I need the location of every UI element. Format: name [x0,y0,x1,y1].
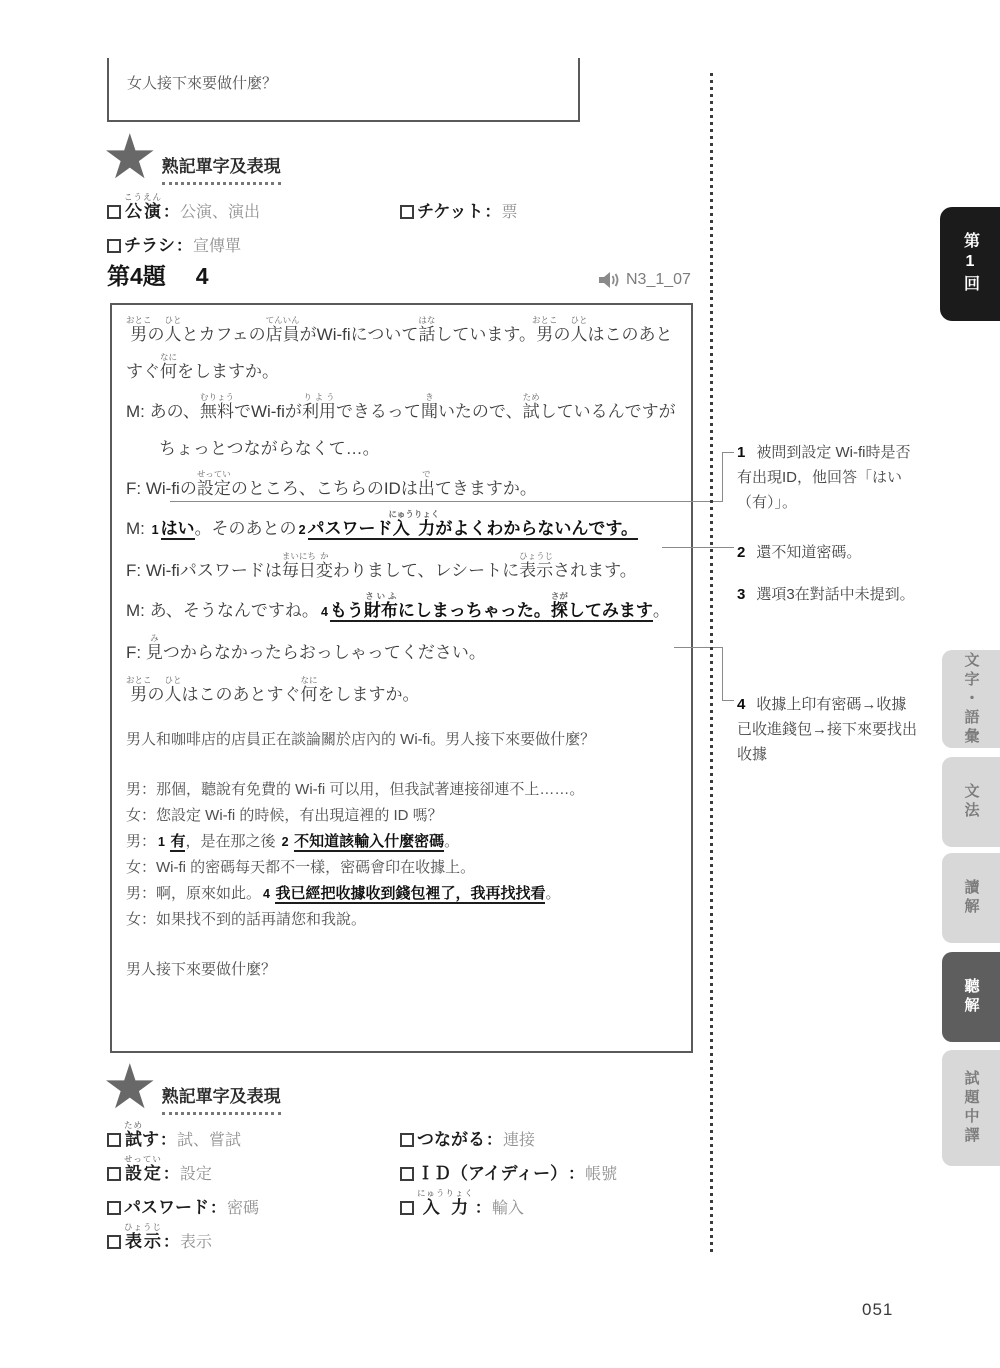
vocab-meaning: 宣傳單 [193,233,241,256]
ruby-word: 何なに [301,685,318,704]
checkbox-icon [400,1201,414,1215]
margin-note-3: 3選項3在對話中未提到。 [737,582,919,607]
vocab-column: 公演こうえん：公演、演出チラシ：宣傳單 [107,188,260,256]
dialogue-line-jp-speaker: F: Wi-fiパスワードは毎日まいにち変かわりまして、レシートに表示ひょうじさ… [126,551,679,589]
ruby-word: 男おとこ [126,685,148,704]
star-icon: ★ [102,1062,158,1114]
note-text: 收據上印有密碼→收據已收進錢包→接下來要找出收據 [737,696,917,763]
ruby-word: 公演こうえん [124,202,162,221]
text-segment: F: [126,561,146,580]
note-text: 還不知道密碼。 [756,544,861,561]
question-number: 第4題 [107,263,166,289]
text-segment: をしますか。 [318,685,420,704]
ruby-word: 変か [316,561,333,580]
separator-colon: ： [484,199,500,222]
text-segment: M: [126,402,150,421]
text-segment: のところ、こちらのIDは [231,479,418,498]
vocab-word: 公演こうえん [124,192,162,222]
continuation-question-box: 女人接下來要做什麼？ [107,58,580,122]
note-text: 被問到設定 Wi-fi時是否有出現ID，他回答「はい（有）」。 [737,444,911,511]
text-segment: の [148,685,165,704]
vocab-meaning: 設定 [180,1161,212,1184]
ruby-word: 何なに [160,362,177,381]
text-segment: がよくわからないんです。 [435,519,638,540]
margin-note-1: 1被問到設定 Wi-fi時是否有出現ID，他回答「はい（有）」。 [737,440,919,515]
vocab-meaning: 輸入 [492,1195,524,1218]
vocab-word: 入力にゅうりょく [417,1188,474,1218]
dotted-separator-line [710,73,713,1253]
ruby-word: 出で [418,479,435,498]
dialogue-line-jp-speaker: M: あ、そうなんですね。4もう財布さいふにしまっちゃった。探さがしてみます。 [126,591,679,631]
vocab-item: 試ためす：試、嘗試 [107,1116,259,1150]
audio-block: N3_1_07 [598,270,691,290]
textbook-page: 女人接下來要做什麼？ ★ 熟記單字及表現 公演こうえん：公演、演出チラシ：宣傳單… [0,0,1000,1368]
dialogue-box: 男おとこの人ひととカフェの店員てんいんがWi-fiについて話はなしています。男お… [110,303,693,1053]
text-segment: 1 [150,523,161,537]
sidebar-tab-5: 試題中譯 [942,1050,1000,1166]
text-segment: 我已經把收據收到錢包裡了，我再找找看 [275,885,545,904]
connector-line [674,647,722,648]
text-segment: てきますか。 [435,479,537,498]
checkbox-icon [400,1167,414,1181]
dialogue-line-jp-question: 男おとこの人ひとはこのあとすぐ何なにをしますか。 [126,675,679,713]
margin-note-4: 4收據上印有密碼→收據已收進錢包→接下來要找出收據 [737,692,919,767]
vocab-word: 設定せってい [124,1154,162,1184]
vocab-word: チケット [417,202,483,222]
text-segment: チケット [417,202,483,221]
note-number: 1 [737,444,745,461]
vocab-meaning: 表示 [180,1229,212,1252]
checkbox-icon [107,1235,121,1249]
ruby-word: 試ため [523,402,540,421]
vocab-word: ＩＤ（アイディー） [417,1164,567,1184]
text-segment: F: [126,479,146,498]
separator-colon: ： [210,1195,226,1218]
question-header: 第4題4 [107,258,209,291]
text-segment: してみます [568,601,653,622]
text-segment: をしますか。 [177,362,279,381]
text-segment: 男人和咖啡店的店員正在談論關於店內的 Wi-fi。男人接下來要做什麼？ [126,731,595,748]
text-segment: 4 [319,605,330,619]
star-icon: ★ [102,132,158,184]
vocab-item: 表示ひょうじ：表示 [107,1218,259,1252]
dialogue-line-zh-line: 男：啊，原來如此。4 我已經把收據收到錢包裡了，我再找找看。 [126,881,679,907]
text-segment: す [142,1130,159,1149]
text-segment: あの、 [150,402,200,421]
vocab-item: チラシ：宣傳單 [107,222,260,256]
dialogue-line-zh-question: 男人接下來要做什麼？ [126,957,679,983]
dialogue-line-zh-line: 女：如果找不到的話再請您和我說。 [126,907,679,933]
ruby-word: 財布さいふ [364,601,398,622]
text-segment: の [148,325,165,344]
vocab-meaning: 密碼 [227,1195,259,1218]
ruby-word: 毎日まいにち [282,561,316,580]
text-segment: わりまして、レシートに [333,561,519,580]
vocab-word: 試ためす [124,1120,159,1150]
ruby-word: 表示ひょうじ [519,561,553,580]
text-segment: 。 [545,885,560,902]
dialogue-line-jp-speaker: F: 見みつからなかったらおっしゃってください。 [126,633,679,671]
text-segment: 1 [156,835,170,849]
vocab-meaning: 票 [502,199,518,222]
text-segment: 。そのあとの [195,519,297,538]
separator-colon: ： [486,1127,502,1150]
vocab-list-1: 公演こうえん：公演、演出チラシ：宣傳單チケット：票 [107,188,707,264]
connector-line [170,501,722,502]
ruby-word: 人ひと [165,325,182,344]
sidebar-tab-4: 聽解 [942,952,1000,1042]
vocab-item: ＩＤ（アイディー）：帳號 [400,1150,617,1184]
dotted-underline [162,181,281,185]
vocab-word: パスワード [124,1198,209,1218]
ruby-word: 利用りよう [302,402,336,421]
sidebar-tab-2: 文法 [942,757,1000,847]
connector-line [722,700,734,701]
ruby-word: 男おとこ [536,325,554,344]
section-title: 熟記單字及表現 [162,132,281,185]
text-segment: 女：如果找不到的話再請您和我說。 [126,911,366,928]
checkbox-icon [107,1201,121,1215]
text-segment: 2 [297,523,308,537]
speaker-icon [598,270,622,290]
ruby-word: 男おとこ [126,325,148,344]
page-number: 051 [862,1300,893,1320]
vocab-word: 表示ひょうじ [124,1222,162,1252]
text-segment: ＩＤ（アイディー） [417,1164,567,1183]
dotted-underline [162,1111,281,1115]
audio-label: N3_1_07 [626,271,691,289]
text-segment: はい [161,519,195,540]
checkbox-icon [107,1167,121,1181]
text-segment: にしまっちゃった。 [398,601,551,622]
text-segment: 男：那個，聽說有免費的 Wi-fi 可以用，但我試著連接卻連不上……。 [126,781,584,798]
text-segment: 有 [170,833,185,852]
vocab-section-1-header: ★ 熟記單字及表現 [102,132,281,185]
vocab-meaning: 公演、演出 [180,199,260,222]
ruby-word: 話はな [418,325,435,344]
text-segment: 。 [653,601,670,620]
note-number: 4 [737,696,745,713]
ruby-word: 入力にゅうりょく [417,1198,474,1217]
checkbox-icon [107,1133,121,1147]
note-number: 3 [737,586,745,603]
checkbox-icon [400,1133,414,1147]
vocab-item: つながる：連接 [400,1116,617,1150]
ruby-word: 店員てんいん [266,325,300,344]
text-segment: もう [330,601,364,622]
checkbox-icon [107,205,121,219]
text-segment: M: [126,601,150,620]
ruby-word: 探さが [551,601,568,622]
text-segment: 男人接下來要做什麼？ [126,961,276,978]
vocab-meaning: 試、嘗試 [177,1127,241,1150]
vocab-meaning: 帳號 [585,1161,617,1184]
ruby-word: 人ひと [570,325,587,344]
section-title: 熟記單字及表現 [162,1062,281,1115]
separator-colon: ： [163,1161,179,1184]
ruby-word: 入力にゅうりょく [393,519,436,540]
vocab-column: つながる：連接ＩＤ（アイディー）：帳號入力にゅうりょく：輸入 [400,1116,617,1218]
text-segment: 。 [444,833,459,850]
dialogue-line-zh-line: 男：那個，聽說有免費的 Wi-fi 可以用，但我試著連接卻連不上……。 [126,777,679,803]
text-segment: できるって [336,402,421,421]
text-segment: の [553,325,570,344]
question-text-zh: 女人接下來要做什麼？ [127,75,277,92]
text-segment: 4 [261,887,275,901]
text-segment: 2 [280,835,294,849]
vocab-meaning: 連接 [503,1127,535,1150]
vocab-item: 設定せってい：設定 [107,1150,259,1184]
vocab-item: 公演こうえん：公演、演出 [107,188,260,222]
text-segment: パスワード [124,1198,209,1217]
connector-line [722,452,723,502]
separator-colon: ： [163,1229,179,1252]
dialogue-line-jp-speaker: M: 1はい。そのあとの2パスワード入力にゅうりょくがよくわからないんです。 [126,509,679,549]
vocab-column: 試ためす：試、嘗試設定せってい：設定パスワード：密碼表示ひょうじ：表示 [107,1116,259,1252]
text-segment: 男： [126,833,156,850]
text-segment: 女：Wi-fi 的密碼每天都不一樣，密碼會印在收據上。 [126,859,475,876]
text-segment: されます。 [553,561,637,580]
dialogue-line-zh-line: 女：您設定 Wi-fi 的時候，有出現這裡的 ID 嗎？ [126,803,679,829]
note-number: 2 [737,544,745,561]
vocab-section-2-header: ★ 熟記單字及表現 [102,1062,281,1115]
text-segment: しています。 [435,325,536,344]
text-segment: Wi-fiパスワードは [146,561,282,580]
sidebar-round-tab: 第1回 [940,207,1000,321]
text-segment: 男：啊，原來如此。 [126,885,261,902]
ruby-word: 見み [146,643,163,662]
text-segment: とカフェの [182,325,266,344]
text-segment: チラシ [124,236,175,255]
text-segment: 不知道該輸入什麼密碼 [294,833,444,852]
ruby-word: 設定せってい [197,479,231,498]
vocab-word: つながる [417,1130,485,1150]
connector-line [722,647,723,701]
ruby-word: 表示ひょうじ [124,1232,162,1251]
separator-colon: ： [160,1127,176,1150]
connector-line [662,547,734,548]
text-segment: あ、そうなんですね。 [150,601,319,620]
vocab-word: チラシ [124,236,175,256]
text-segment: つからなかったらおっしゃってください。 [163,643,486,662]
text-segment: でWi-fiが [234,402,302,421]
checkbox-icon [400,205,414,219]
vocab-item: 入力にゅうりょく：輸入 [400,1184,617,1218]
sidebar-tab-3: 讀解 [942,853,1000,943]
dialogue-line-zh-intro: 男人和咖啡店的店員正在談論關於店內的 Wi-fi。男人接下來要做什麼？ [126,727,679,753]
vocab-list-2: 試ためす：試、嘗試設定せってい：設定パスワード：密碼表示ひょうじ：表示つながる：… [107,1116,707,1256]
text-segment: F: [126,643,146,662]
text-segment: M: [126,519,150,538]
note-text: 選項3在對話中未提到。 [756,586,914,603]
text-segment: いたので、 [438,402,523,421]
separator-colon: ： [475,1195,491,1218]
separator-colon: ： [568,1161,584,1184]
ruby-word: 試ため [124,1130,142,1149]
text-segment: ，是在那之後 [185,833,279,850]
vocab-item: パスワード：密碼 [107,1184,259,1218]
dialogue-line-jp-intro: 男おとこの人ひととカフェの店員てんいんがWi-fiについて話はなしています。男お… [126,315,679,390]
dialogue-line-zh-line: 男：1 有，是在那之後 2 不知道該輸入什麼密碼。 [126,829,679,855]
vocab-column: チケット：票 [400,188,518,222]
dialogue-line-zh-line: 女：Wi-fi 的密碼每天都不一樣，密碼會印在收據上。 [126,855,679,881]
text-segment: 女：您設定 Wi-fi 的時候，有出現這裡的 ID 嗎？ [126,807,443,824]
separator-colon: ： [176,233,192,256]
text-segment: がWi-fiについて [300,325,419,344]
text-segment: つながる [417,1130,485,1149]
ruby-word: 聞き [421,402,438,421]
text-segment: Wi-fiの [146,479,197,498]
sidebar-tab-1: 文字・語彙 [942,650,1000,748]
ruby-word: 無料むりょう [200,402,234,421]
dialogue-line-jp-speaker: M: あの、無料むりょうでWi-fiが利用りようできるって聞きいたので、試ためし… [126,392,679,467]
margin-note-2: 2還不知道密碼。 [737,540,919,565]
answer-number: 4 [196,263,209,289]
vocab-item: チケット：票 [400,188,518,222]
ruby-word: 設定せってい [124,1164,162,1183]
text-segment: はこのあとすぐ [182,685,301,704]
connector-line [722,452,734,453]
checkbox-icon [107,239,121,253]
separator-colon: ： [163,199,179,222]
text-segment: パスワード [308,519,393,540]
ruby-word: 人ひと [165,685,182,704]
